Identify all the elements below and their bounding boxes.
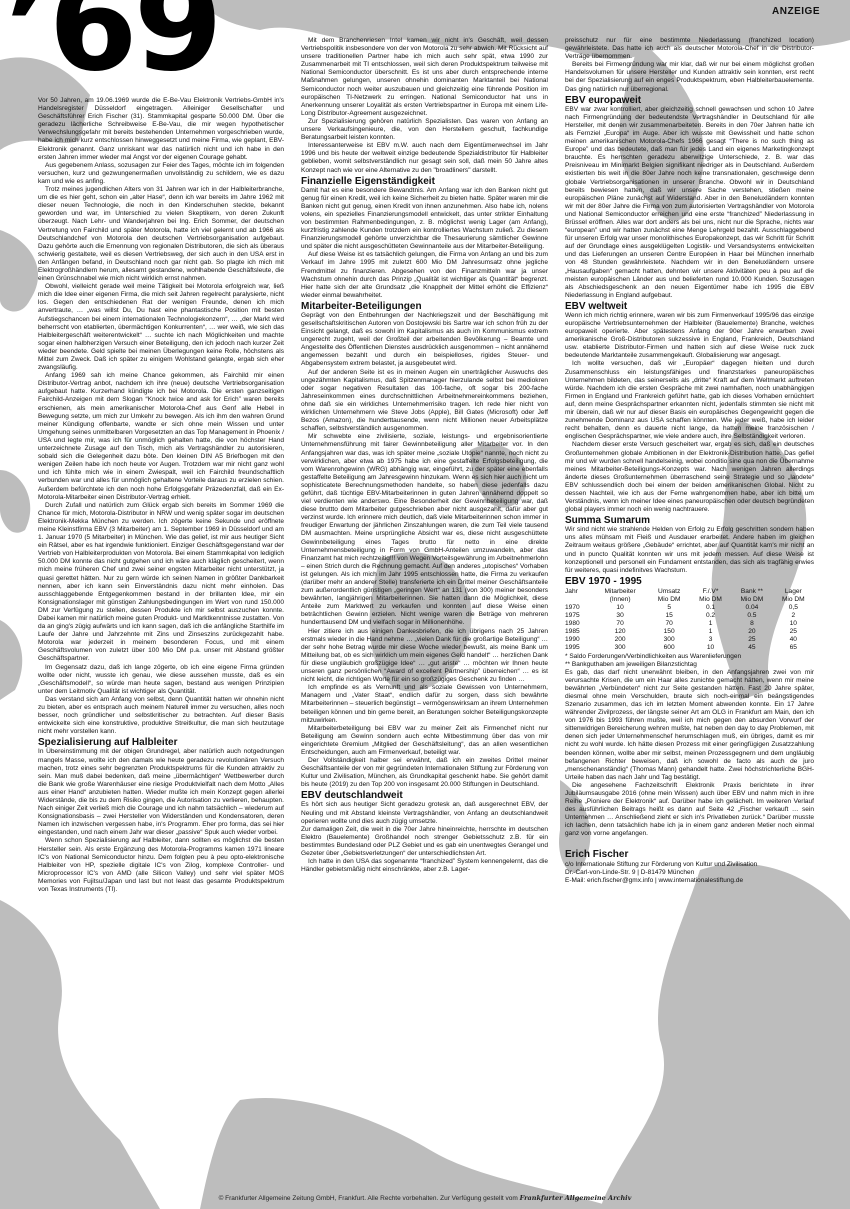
section-heading-ebv-europaweit: EBV europaweit xyxy=(565,95,814,106)
paragraph: Auf der anderen Seite ist es in meinen A… xyxy=(301,369,548,434)
signature-organization: c/o Internationale Stiftung zur Förderun… xyxy=(565,861,814,869)
column-2: Mit dem Branchenriesen Intel kamen wir n… xyxy=(301,9,548,1182)
cell-bank: 45 xyxy=(731,644,772,652)
cell-receivables: 10 xyxy=(690,644,731,652)
table-header-subrow: (Innen) Mio DM Mio DM Mio DM Mio DM xyxy=(565,596,814,604)
cell-employees: 30 xyxy=(592,612,649,620)
column-header: Bank ** xyxy=(731,588,772,596)
paragraph: EBV war zwar kontrolliert, aber gleichze… xyxy=(565,106,814,300)
cell-receivables: 1 xyxy=(690,628,731,636)
cell-receivables: 1 xyxy=(690,620,731,628)
paragraph: Es gab, das darf nicht unerwähnt bleiben… xyxy=(565,669,814,782)
cell-inventory: 40 xyxy=(773,636,814,644)
cell-year: 1995 xyxy=(565,644,592,652)
paragraph: Interessanterweise ist EBV m.W. auch nac… xyxy=(301,142,548,174)
table-footnote: * Saldo Forderungen/Verbindlichkeiten au… xyxy=(565,653,814,661)
table-footnote: ** Bankguthaben am jeweiligen Bilanzstic… xyxy=(565,661,814,669)
column-subheader: Mio DM xyxy=(731,596,772,604)
table-row: 1990 200 300 3 25 40 xyxy=(565,636,814,644)
column-subheader: (Innen) xyxy=(592,596,649,604)
cell-employees: 10 xyxy=(592,604,649,612)
cell-year: 1970 xyxy=(565,604,592,612)
section-heading-spezialisierung: Spezialisierung auf Halbleiter xyxy=(38,737,284,748)
paragraph: Ich wollte versuchen, daß wir „Europäer“… xyxy=(565,360,814,441)
cell-revenue: 150 xyxy=(648,628,689,636)
paragraph: Wir sind nicht wie strahlende Helden von… xyxy=(565,526,814,575)
signature-address: Dr.-Carl-von-Linde-Str. 9 | D-81479 Münc… xyxy=(565,869,814,877)
table-title: EBV 1970 - 1995 xyxy=(565,576,814,587)
cell-receivables: 0.1 xyxy=(690,604,731,612)
cell-bank: 0.5 xyxy=(731,612,772,620)
table-row: 1985 120 150 1 20 25 xyxy=(565,628,814,636)
column-subheader: Mio DM xyxy=(648,596,689,604)
paragraph: Geprägt von den Entbehrungen der Nachkri… xyxy=(301,312,548,369)
column-header: Umsatz xyxy=(648,588,689,596)
paragraph: Im Gegensatz dazu, daß ich lange zögerte… xyxy=(38,664,284,696)
paragraph: Bereits bei Firmengründung war mir klar,… xyxy=(565,61,814,93)
paragraph: Wenn schon Spezialisierung auf Halbleite… xyxy=(38,837,284,894)
paragraph: Obwohl, vielleicht gerade weil meine Tät… xyxy=(38,283,284,372)
paragraph: Trotz meines jugendlichen Alters von 31 … xyxy=(38,186,284,283)
signature-contact[interactable]: E-Mail: erich.fischer@gmx.info | www.int… xyxy=(565,877,814,885)
paragraph: Das verstand sich am Anfang von selbst, … xyxy=(38,696,284,736)
statistics-table: Jahr Mitarbeiter Umsatz F./.V* Bank ** L… xyxy=(565,588,814,653)
copyright-text: © Frankfurter Allgemeine Zeitung GmbH, F… xyxy=(219,1195,518,1202)
cell-revenue: 70 xyxy=(648,620,689,628)
column-subheader: Mio DM xyxy=(773,596,814,604)
paragraph: preisschutz nur für eine bestimmte Niede… xyxy=(565,37,814,61)
cell-receivables: 0.2 xyxy=(690,612,731,620)
paragraph: Zur damaligen Zeit, die weit in die 70er… xyxy=(301,826,548,858)
table-header-row: Jahr Mitarbeiter Umsatz F./.V* Bank ** L… xyxy=(565,588,814,596)
cell-revenue: 15 xyxy=(648,612,689,620)
paragraph: Nachdem dieser erste Versuch gescheitert… xyxy=(565,441,814,514)
cell-revenue: 300 xyxy=(648,636,689,644)
section-heading-finanzielle-eigenstaendigkeit: Finanzielle Eigenständigkeit xyxy=(301,176,548,187)
table-row: 1975 30 15 0.2 0.5 2 xyxy=(565,612,814,620)
paragraph: Ich hatte in den USA das sogenannte “fra… xyxy=(301,858,548,874)
cell-bank: 25 xyxy=(731,636,772,644)
copyright-footer: © Frankfurter Allgemeine Zeitung GmbH, F… xyxy=(0,1194,850,1202)
cell-inventory: 10 xyxy=(773,620,814,628)
section-heading-mitarbeiter-beteiligungen: Mitarbeiter-Beteiligungen xyxy=(301,301,548,312)
paragraph: Vor 50 Jahren, am 19.06.1969 wurde die E… xyxy=(38,97,284,162)
cell-inventory: 2 xyxy=(773,612,814,620)
paragraph: Mir schwebte eine zivilisierte, soziale,… xyxy=(301,433,548,627)
column-header: Jahr xyxy=(565,588,592,596)
table-row: 1980 70 70 1 8 10 xyxy=(565,620,814,628)
cell-employees: 70 xyxy=(592,620,649,628)
cell-receivables: 3 xyxy=(690,636,731,644)
faz-archive-logo: Frankfurter Allgemeine Archiv xyxy=(520,1194,632,1202)
cell-employees: 200 xyxy=(592,636,649,644)
section-heading-ebv-weltweit: EBV weltweit xyxy=(565,301,814,312)
cell-bank: 0.04 xyxy=(731,604,772,612)
paragraph: Anfang 1969 sah ich meine Chance gekomme… xyxy=(38,372,284,502)
cell-year: 1985 xyxy=(565,628,592,636)
cell-inventory: 65 xyxy=(773,644,814,652)
column-header: Mitarbeiter xyxy=(592,588,649,596)
cell-year: 1990 xyxy=(565,636,592,644)
column-header: F./.V* xyxy=(690,588,731,596)
paragraph: Der Vollständigkeit halber sei erwähnt, … xyxy=(301,757,548,789)
paragraph: Wenn ich mich richtig erinnere, waren wi… xyxy=(565,312,814,361)
paragraph: Damit hat es eine besondere Bewandtnis. … xyxy=(301,187,548,252)
signature-name: Erich Fischer xyxy=(565,849,814,861)
paragraph: Aus gegebenem Anlass, sozusagen zur Feie… xyxy=(38,162,284,186)
cell-year: 1980 xyxy=(565,620,592,628)
cell-bank: 8 xyxy=(731,620,772,628)
column-3: preisschutz nur für eine bestimmte Niede… xyxy=(565,37,814,1177)
advertisement-label: ANZEIGE xyxy=(772,6,820,17)
section-heading-ebv-deutschlandweit: EBV deutschlandweit xyxy=(301,790,548,801)
cell-inventory: 0,5 xyxy=(773,604,814,612)
cell-inventory: 25 xyxy=(773,628,814,636)
cell-revenue: 5 xyxy=(648,604,689,612)
cell-employees: 300 xyxy=(592,644,649,652)
paragraph: Die angesehene Fachzeitschrift Elektroni… xyxy=(565,782,814,839)
column-1: Vor 50 Jahren, am 19.06.1969 wurde die E… xyxy=(38,97,284,1182)
table-row: 1970 10 5 0.1 0.04 0,5 xyxy=(565,604,814,612)
paragraph: Mit dem Branchenriesen Intel kamen wir n… xyxy=(301,37,548,118)
paragraph: Ich empfinde es als Vernunft und als soz… xyxy=(301,684,548,724)
paragraph: Mitarbeiterbeteiligung bei EBV war zu me… xyxy=(301,725,548,757)
headline-69: ’69 xyxy=(4,0,219,90)
table-row: 1995 300 600 10 45 65 xyxy=(565,644,814,652)
column-subheader xyxy=(565,596,592,604)
paragraph: Auf diese Weise ist es tatsächlich gelun… xyxy=(301,251,548,300)
cell-revenue: 600 xyxy=(648,644,689,652)
column-header: Lager xyxy=(773,588,814,596)
column-subheader: Mio DM xyxy=(690,596,731,604)
paragraph: In Übereinstimmung mit der obigen Grundr… xyxy=(38,748,284,837)
cell-year: 1975 xyxy=(565,612,592,620)
cell-employees: 120 xyxy=(592,628,649,636)
advertisement-page: ’69 ANZEIGE Vor 50 Jahren, am 19.06.1969… xyxy=(0,0,850,1209)
section-heading-summa-sumarum: Summa Sumarum xyxy=(565,515,814,526)
paragraph: Es hört sich aus heutiger Sicht geradezu… xyxy=(301,801,548,825)
paragraph: Zur Spezialisierung gehören natürlich Sp… xyxy=(301,118,548,142)
cell-bank: 20 xyxy=(731,628,772,636)
paragraph: Hier zitiere ich aus einigen Dankesbrief… xyxy=(301,628,548,685)
paragraph: Durch Zufall und natürlich zum Glück erg… xyxy=(38,502,284,664)
